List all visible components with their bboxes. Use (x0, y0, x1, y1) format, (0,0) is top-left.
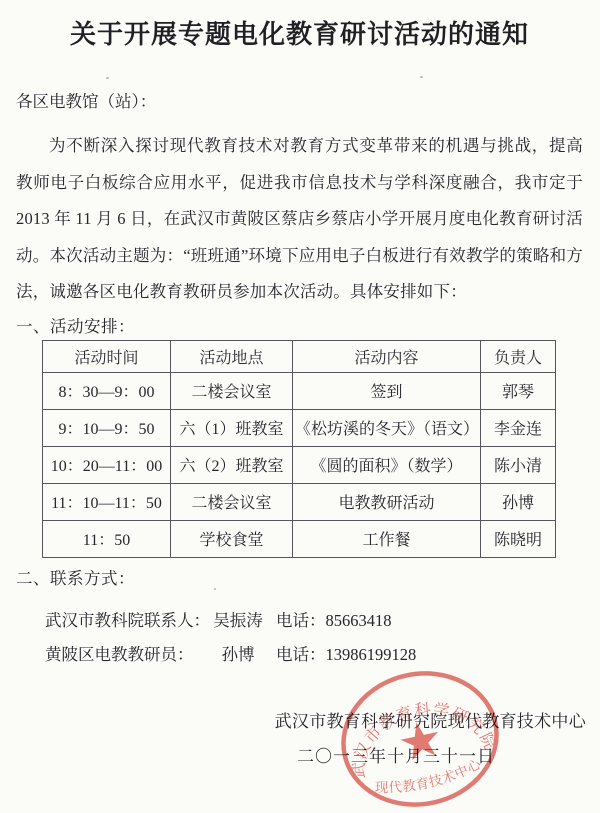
col-header-time: 活动时间 (43, 340, 171, 372)
contact-phone: 电话：85663418 (276, 604, 583, 638)
scan-speck (106, 77, 109, 79)
schedule-cell-place: 二楼会议室 (171, 483, 293, 520)
body-paragraph: 为不断深入探讨现代教育技术对教育方式变革带来的机遇与挑战，提高教师电子白板综合应… (16, 128, 583, 311)
schedule-cell-person: 陈小清 (481, 446, 556, 483)
schedule-cell-person: 李金连 (481, 409, 556, 446)
contact-name: 吴振涛 (211, 604, 265, 638)
phone-label: 电话： (276, 645, 326, 664)
phone-number: 13986199128 (326, 645, 417, 664)
document-title: 关于开展专题电化教育研讨活动的通知 (16, 18, 583, 52)
scan-speck (214, 588, 216, 590)
section-contact-heading: 二、联系方式： (16, 569, 583, 589)
col-header-content: 活动内容 (293, 340, 481, 372)
schedule-cell-place: 六（1）班教室 (171, 409, 293, 446)
schedule-header-row: 活动时间 活动地点 活动内容 负责人 (43, 340, 556, 372)
schedule-cell-content: 《松坊溪的冬天》（语文） (293, 409, 481, 446)
schedule-row: 11：10—11：50 二楼会议室 电教教研活动 孙博 (43, 483, 556, 520)
schedule-cell-content: 工作餐 (293, 520, 481, 557)
schedule-cell-time: 9：10—9：50 (43, 409, 171, 446)
schedule-table: 活动时间 活动地点 活动内容 负责人 8：30—9：00 二楼会议室 签到 郭琴… (42, 340, 556, 558)
contact-label: 黄陂区电教教研员： (45, 638, 211, 672)
schedule-row: 11：50 学校食堂 工作餐 陈晓明 (43, 520, 556, 557)
phone-label: 电话： (276, 611, 326, 630)
schedule-row: 9：10—9：50 六（1）班教室 《松坊溪的冬天》（语文） 李金连 (43, 409, 556, 446)
col-header-place: 活动地点 (171, 340, 293, 372)
contact-label: 武汉市教科院联系人： (45, 604, 211, 638)
schedule-cell-time: 11：10—11：50 (43, 483, 171, 520)
phone-number: 85663418 (326, 611, 392, 630)
schedule-cell-person: 郭琴 (481, 372, 556, 409)
notice-document: 关于开展专题电化教育研讨活动的通知 各区电教馆（站）： 为不断深入探讨现代教育技… (0, 0, 600, 813)
scan-speck (420, 76, 423, 78)
contact-line: 武汉市教科院联系人： 吴振涛 电话：85663418 (45, 604, 583, 638)
section-activity-heading: 一、活动安排： (16, 317, 583, 337)
schedule-cell-place: 学校食堂 (171, 520, 293, 557)
schedule-cell-time: 8：30—9：00 (43, 372, 171, 409)
schedule-row: 10：20—11：00 六（2）班教室 《圆的面积》（数学） 陈小清 (43, 446, 556, 483)
schedule-cell-content: 签到 (293, 372, 481, 409)
schedule-cell-content: 电教教研活动 (293, 483, 481, 520)
official-seal: ★ 武汉市教育科学研究院 现代教育技术中心 (330, 662, 510, 813)
schedule-cell-person: 陈晓明 (481, 520, 556, 557)
schedule-cell-time: 11：50 (43, 520, 171, 557)
schedule-cell-place: 二楼会议室 (171, 372, 293, 409)
salutation: 各区电教馆（站）： (16, 93, 583, 111)
schedule-cell-place: 六（2）班教室 (171, 446, 293, 483)
schedule-cell-time: 10：20—11：00 (43, 446, 171, 483)
schedule-cell-content: 《圆的面积》（数学） (293, 446, 481, 483)
schedule-row: 8：30—9：00 二楼会议室 签到 郭琴 (43, 372, 556, 409)
col-header-person: 负责人 (481, 340, 556, 372)
schedule-cell-person: 孙博 (481, 483, 556, 520)
contact-name: 孙博 (211, 638, 265, 672)
